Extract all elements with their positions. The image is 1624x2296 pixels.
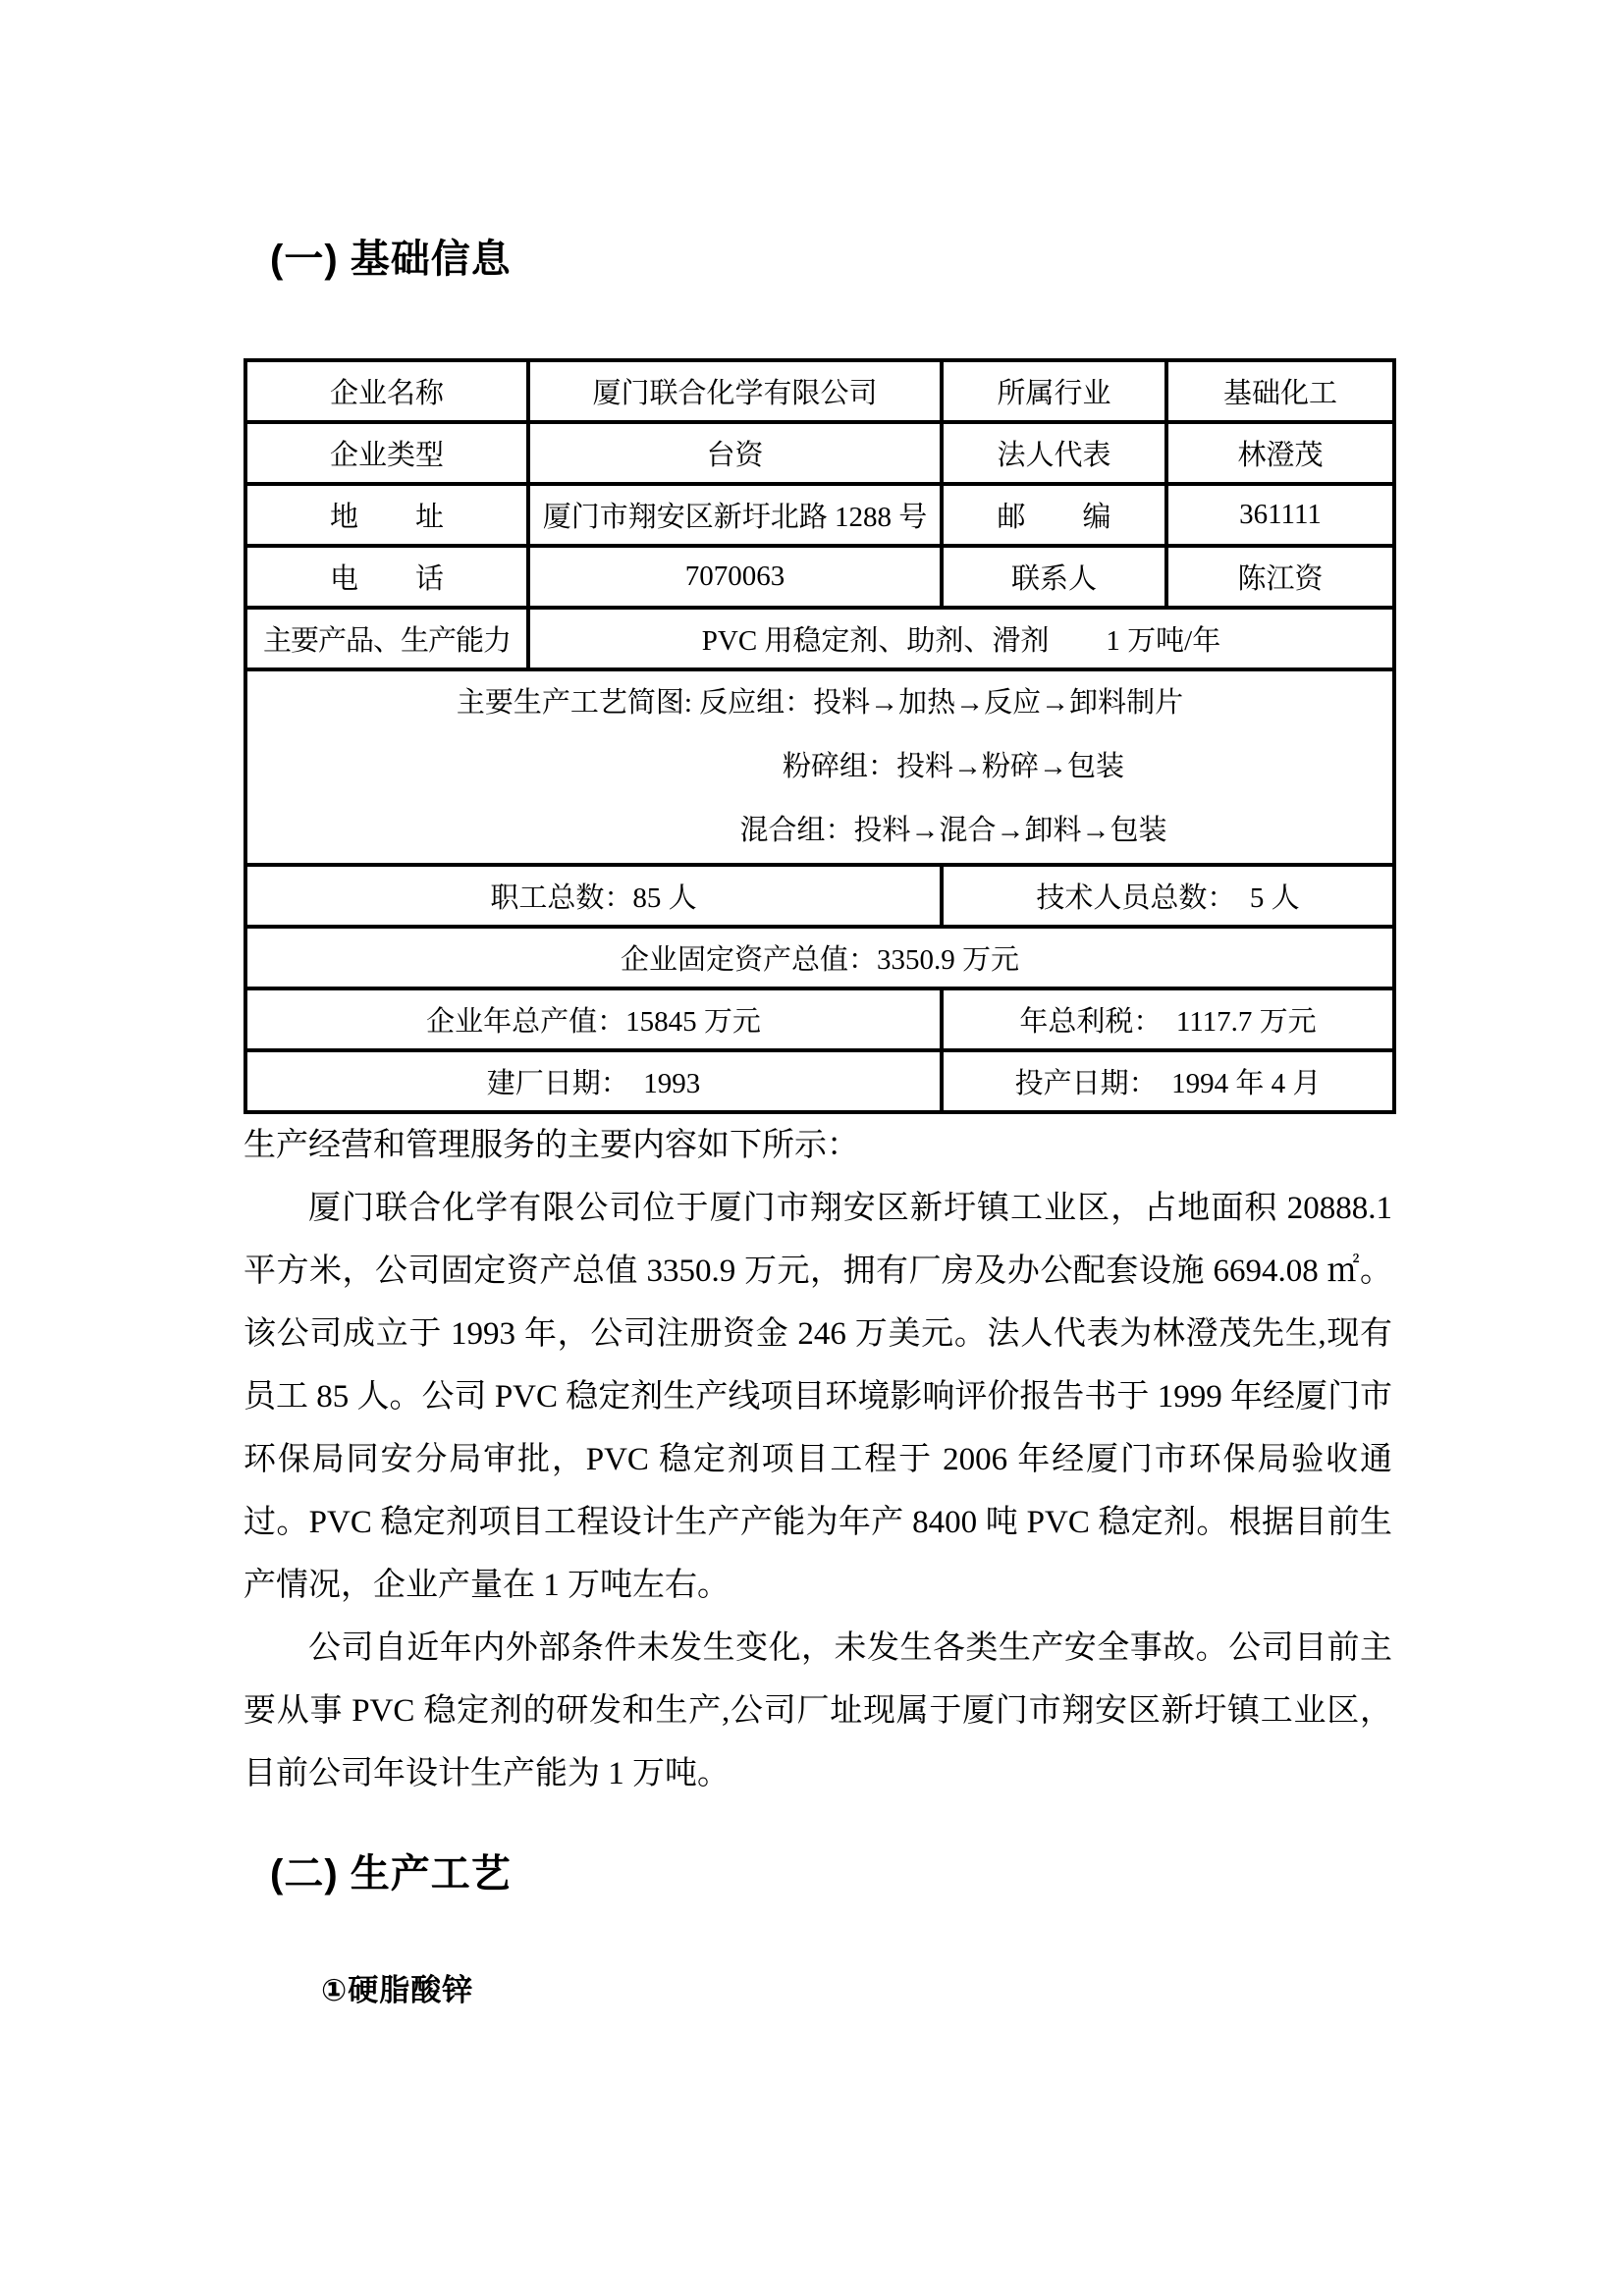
- intro-line: 生产经营和管理服务的主要内容如下所示：: [244, 1114, 1392, 1177]
- company-name-label: 企业名称: [245, 360, 528, 422]
- process-line-crushing: 粉碎组：投料→粉碎→包装: [514, 735, 1392, 799]
- fixed-assets: 企业固定资产总值：3350.9 万元: [245, 927, 1394, 988]
- phone-value: 7070063: [528, 546, 942, 608]
- company-name-value: 厦门联合化学有限公司: [528, 360, 942, 422]
- company-type-value: 台资: [528, 422, 942, 484]
- document-page: (一) 基础信息 企业名称 厦门联合化学有限公司 所属行业 基础化工 企业类型 …: [0, 0, 1624, 2296]
- address-value: 厦门市翔安区新圩北路 1288 号: [528, 484, 942, 546]
- table-row: 职工总数：85 人 技术人员总数： 5 人: [245, 865, 1394, 927]
- table-row: 主要产品、生产能力 PVC 用稳定剂、助剂、滑剂 1 万吨/年: [245, 608, 1394, 669]
- staff-total: 职工总数：85 人: [245, 865, 942, 927]
- address-label: 地 址: [245, 484, 528, 546]
- section-heading-production-process: (二) 生产工艺: [270, 1850, 1392, 1897]
- products-label: 主要产品、生产能力: [245, 608, 528, 669]
- postal-value: 361111: [1166, 484, 1394, 546]
- products-value: PVC 用稳定剂、助剂、滑剂 1 万吨/年: [528, 608, 1394, 669]
- subsection-heading-zinc-stearate: ①硬脂酸锌: [321, 1972, 1392, 2009]
- paragraph-company-status: 公司自近年内外部条件未发生变化，未发生各类生产安全事故。公司目前主要从事 PVC…: [244, 1617, 1392, 1805]
- contact-label: 联系人: [942, 546, 1166, 608]
- annual-output: 企业年总产值：15845 万元: [245, 988, 942, 1050]
- process-diagram-cell: 主要生产工艺简图: 反应组：投料→加热→反应→卸料制片 粉碎组：投料→粉碎→包装…: [245, 669, 1394, 865]
- legal-rep-value: 林澄茂: [1166, 422, 1394, 484]
- table-row: 电 话 7070063 联系人 陈江资: [245, 546, 1394, 608]
- phone-label: 电 话: [245, 546, 528, 608]
- annual-profit-tax: 年总利税： 1117.7 万元: [942, 988, 1394, 1050]
- tech-staff-total: 技术人员总数： 5 人: [942, 865, 1394, 927]
- process-line-mixing: 混合组：投料→混合→卸料→包装: [514, 799, 1392, 863]
- table-row: 企业固定资产总值：3350.9 万元: [245, 927, 1394, 988]
- table-row: 企业名称 厦门联合化学有限公司 所属行业 基础化工: [245, 360, 1394, 422]
- legal-rep-label: 法人代表: [942, 422, 1166, 484]
- industry-label: 所属行业: [942, 360, 1166, 422]
- process-line-reaction: 主要生产工艺简图: 反应组：投料→加热→反应→卸料制片: [247, 671, 1392, 735]
- production-date: 投产日期： 1994 年 4 月: [942, 1050, 1394, 1112]
- company-info-table: 企业名称 厦门联合化学有限公司 所属行业 基础化工 企业类型 台资 法人代表 林…: [244, 358, 1396, 1114]
- industry-value: 基础化工: [1166, 360, 1394, 422]
- table-row: 企业年总产值：15845 万元 年总利税： 1117.7 万元: [245, 988, 1394, 1050]
- section-heading-basic-info: (一) 基础信息: [270, 236, 1392, 283]
- company-type-label: 企业类型: [245, 422, 528, 484]
- table-row: 主要生产工艺简图: 反应组：投料→加热→反应→卸料制片 粉碎组：投料→粉碎→包装…: [245, 669, 1394, 865]
- table-row: 企业类型 台资 法人代表 林澄茂: [245, 422, 1394, 484]
- build-date: 建厂日期： 1993: [245, 1050, 942, 1112]
- contact-value: 陈江资: [1166, 546, 1394, 608]
- table-row: 建厂日期： 1993 投产日期： 1994 年 4 月: [245, 1050, 1394, 1112]
- table-row: 地 址 厦门市翔安区新圩北路 1288 号 邮 编 361111: [245, 484, 1394, 546]
- paragraph-company-overview: 厦门联合化学有限公司位于厦门市翔安区新圩镇工业区，占地面积 20888.1 平方…: [244, 1177, 1392, 1617]
- page-content: (一) 基础信息 企业名称 厦门联合化学有限公司 所属行业 基础化工 企业类型 …: [244, 0, 1392, 2009]
- postal-label: 邮 编: [942, 484, 1166, 546]
